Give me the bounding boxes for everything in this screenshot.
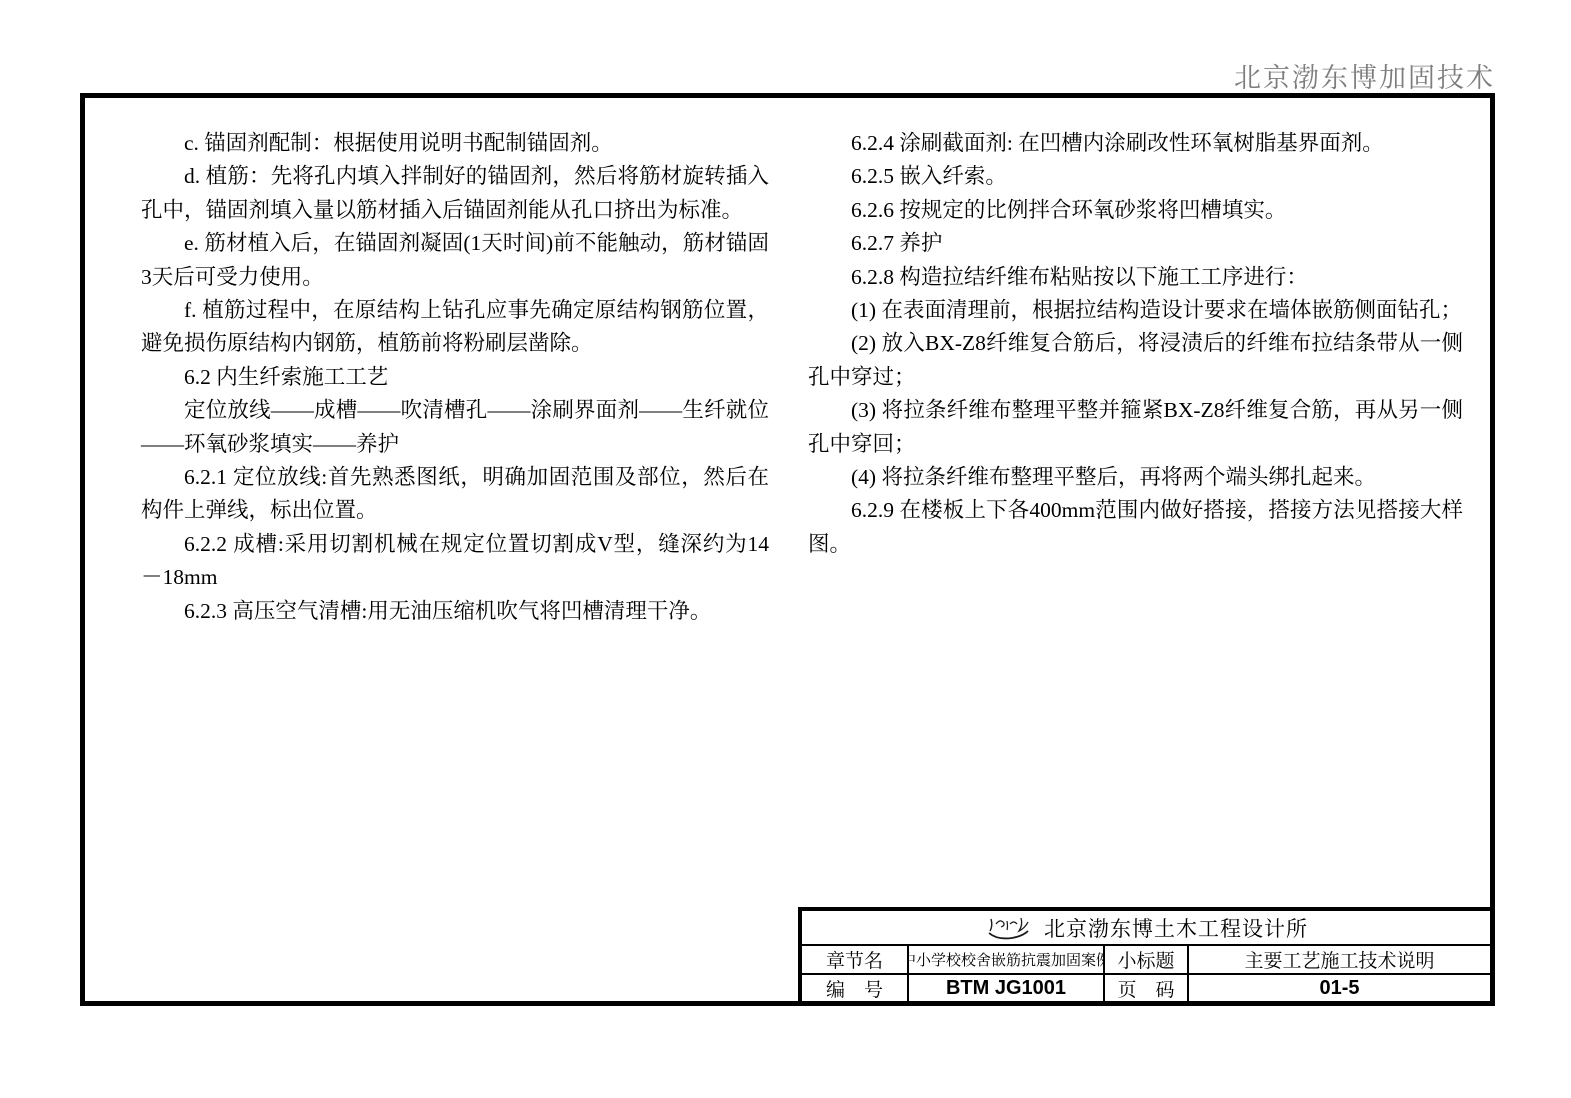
- field-value-chapter: 中小学校校舍嵌筋抗震加固案例: [907, 946, 1103, 973]
- paragraph: c. 锚固剂配制：根据使用说明书配制锚固剂。: [141, 127, 769, 160]
- paragraph: 6.2.2 成槽:采用切割机械在规定位置切割成V型，缝深约为14－18mm: [141, 528, 769, 595]
- paragraph: 6.2.7 养护: [808, 227, 1463, 260]
- page-header-title: 北京渤东博加固技术: [1234, 56, 1495, 95]
- paragraph: e. 筋材植入后，在锚固剂凝固(1天时间)前不能触动，筋材锚固3天后可受力使用。: [141, 227, 769, 294]
- field-value-page: 01-5: [1187, 973, 1490, 1001]
- paragraph: 6.2.8 构造拉结纤维布粘贴按以下施工工序进行：: [808, 261, 1463, 294]
- field-label-subtitle: 小标题: [1103, 946, 1187, 973]
- paragraph: 6.2.9 在楼板上下各400mm范围内做好搭接，搭接方法见搭接大样图。: [808, 494, 1463, 561]
- paragraph: (3) 将拉条纤维布整理平整并箍紧BX-Z8纤维复合筋，再从另一侧孔中穿回；: [808, 394, 1463, 461]
- field-value-subtitle: 主要工艺施工技术说明: [1187, 946, 1490, 973]
- paragraph: 6.2.3 高压空气清槽:用无油压缩机吹气将凹槽清理干净。: [141, 595, 769, 628]
- field-label-number: 编 号: [802, 973, 907, 1001]
- paragraph: 6.2.1 定位放线:首先熟悉图纸，明确加固范围及部位，然后在构件上弹线，标出位…: [141, 461, 769, 528]
- field-label-page: 页 码: [1103, 973, 1187, 1001]
- paragraph: 6.2.5 嵌入纤索。: [808, 160, 1463, 193]
- paragraph: (1) 在表面清理前，根据拉结构造设计要求在墙体嵌筋侧面钻孔；: [808, 294, 1463, 327]
- field-value-number: BTM JG1001: [907, 973, 1103, 1001]
- paragraph: 6.2.6 按规定的比例拌合环氧砂浆将凹槽填实。: [808, 194, 1463, 227]
- company-signature-icon: [984, 915, 1032, 941]
- title-block-company-row: 北京渤东博土木工程设计所: [802, 911, 1490, 946]
- paragraph: 6.2.4 涂刷截面剂: 在凹槽内涂刷改性环氧树脂基界面剂。: [808, 127, 1463, 160]
- title-block: 北京渤东博土木工程设计所 章节名 中小学校校舍嵌筋抗震加固案例 小标题 主要工艺…: [798, 907, 1490, 1001]
- left-column: c. 锚固剂配制：根据使用说明书配制锚固剂。d. 植筋：先将孔内填入拌制好的锚固…: [141, 127, 769, 628]
- field-label-chapter: 章节名: [802, 946, 907, 973]
- title-block-fields: 章节名 中小学校校舍嵌筋抗震加固案例 小标题 主要工艺施工技术说明 编 号 BT…: [802, 946, 1490, 1001]
- company-name: 北京渤东博土木工程设计所: [1044, 913, 1308, 943]
- paragraph: d. 植筋：先将孔内填入拌制好的锚固剂，然后将筋材旋转插入孔中，锚固剂填入量以筋…: [141, 160, 769, 227]
- paragraph: (4) 将拉条纤维布整理平整后，再将两个端头绑扎起来。: [808, 461, 1463, 494]
- document-page: 北京渤东博加固技术 c. 锚固剂配制：根据使用说明书配制锚固剂。d. 植筋：先将…: [0, 0, 1571, 1098]
- paragraph: 6.2 内生纤索施工工艺: [141, 361, 769, 394]
- page-frame: c. 锚固剂配制：根据使用说明书配制锚固剂。d. 植筋：先将孔内填入拌制好的锚固…: [80, 93, 1495, 1006]
- paragraph: f. 植筋过程中，在原结构上钻孔应事先确定原结构钢筋位置，避免损伤原结构内钢筋，…: [141, 294, 769, 361]
- paragraph: (2) 放入BX-Z8纤维复合筋后，将浸渍后的纤维布拉结条带从一侧孔中穿过；: [808, 327, 1463, 394]
- paragraph: 定位放线——成槽——吹清槽孔——涂刷界面剂——生纤就位——环氧砂浆填实——养护: [141, 394, 769, 461]
- right-column: 6.2.4 涂刷截面剂: 在凹槽内涂刷改性环氧树脂基界面剂。6.2.5 嵌入纤索…: [808, 127, 1463, 561]
